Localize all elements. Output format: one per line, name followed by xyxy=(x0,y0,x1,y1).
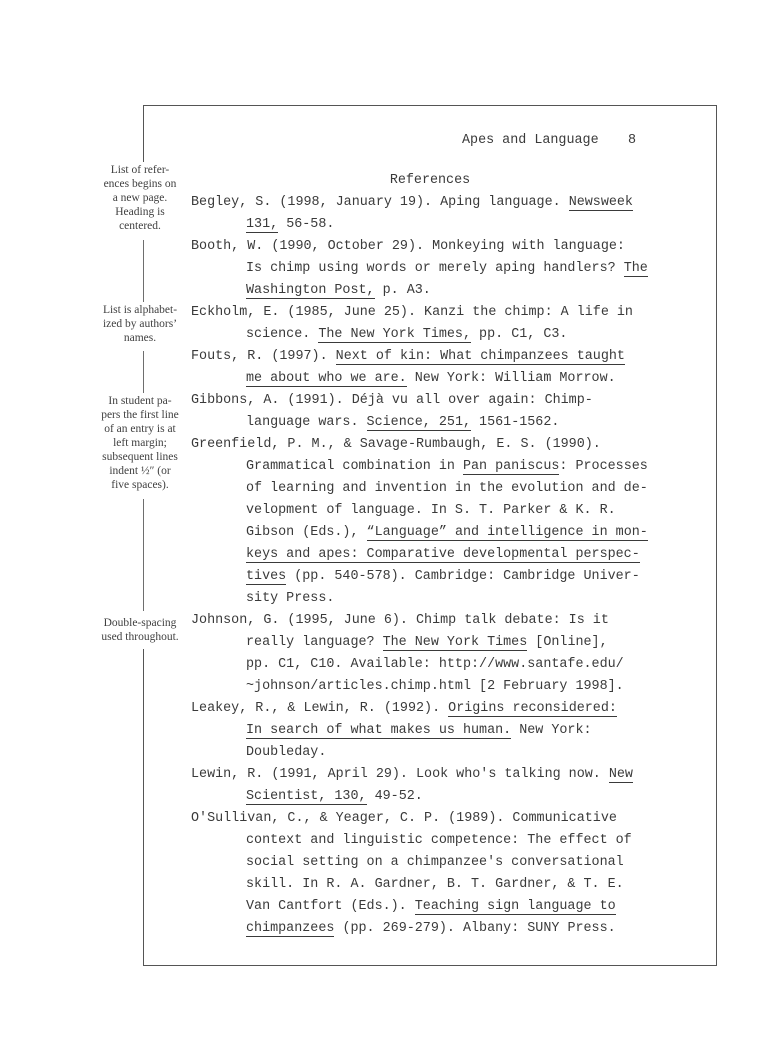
ref-text: Johnson, G. (1995, June 6). Chimp talk d… xyxy=(191,613,609,628)
ref-text: velopment of language. In S. T. Parker &… xyxy=(246,503,616,518)
ref-text-underlined: Origins reconsidered: xyxy=(448,701,617,717)
reference-line: keys and apes: Comparative developmental… xyxy=(191,544,661,566)
ref-text: Gibbons, A. (1991). Déjà vu all over aga… xyxy=(191,393,593,408)
reference-line: Booth, W. (1990, October 29). Monkeying … xyxy=(191,236,661,258)
reference-line: Johnson, G. (1995, June 6). Chimp talk d… xyxy=(191,610,661,632)
reference-line: Van Cantfort (Eds.). Teaching sign langu… xyxy=(191,896,661,918)
ref-text-underlined: The xyxy=(624,261,648,277)
reference-line: ~johnson/articles.chimp.html [2 February… xyxy=(191,676,661,698)
ref-text-underlined: keys and apes: Comparative developmental… xyxy=(246,547,640,563)
running-head: Apes and Language xyxy=(462,130,599,152)
ref-text: 1561-1562. xyxy=(471,415,559,430)
ref-text: Begley, S. (1998, January 19). Aping lan… xyxy=(191,195,569,210)
ref-text: (pp. 540-578). Cambridge: Cambridge Univ… xyxy=(286,569,640,584)
reference-line: Gibbons, A. (1991). Déjà vu all over aga… xyxy=(191,390,661,412)
margin-rule-segment xyxy=(143,240,144,302)
ref-text-underlined: 131, xyxy=(246,217,278,233)
reference-line: sity Press. xyxy=(191,588,661,610)
ref-text: Is chimp using words or merely aping han… xyxy=(246,261,624,276)
ref-text: Greenfield, P. M., & Savage-Rumbaugh, E.… xyxy=(191,437,601,452)
margin-rule-segment xyxy=(143,649,144,966)
ref-text-underlined: Next of kin: What chimpanzees taught xyxy=(336,349,625,365)
ref-text-underlined: New xyxy=(609,767,633,783)
reference-line: Grammatical combination in Pan paniscus:… xyxy=(191,456,661,478)
reference-line: Begley, S. (1998, January 19). Aping lan… xyxy=(191,192,661,214)
reference-line: science. The New York Times, pp. C1, C3. xyxy=(191,324,661,346)
ref-text: pp. C1, C10. Available: http://www.santa… xyxy=(246,657,624,672)
ref-text: language wars. xyxy=(246,415,367,430)
reference-line: skill. In R. A. Gardner, B. T. Gardner, … xyxy=(191,874,661,896)
ref-text-underlined: chimpanzees xyxy=(246,921,334,937)
reference-line: In search of what makes us human. New Yo… xyxy=(191,720,661,742)
ref-text-underlined: The New York Times, xyxy=(318,327,471,343)
ref-text-underlined: Pan paniscus xyxy=(463,459,559,475)
ref-text: New York: William Morrow. xyxy=(407,371,616,386)
reference-line: me about who we are. New York: William M… xyxy=(191,368,661,390)
ref-text: (pp. 269-279). Albany: SUNY Press. xyxy=(334,921,615,936)
ref-text-underlined: In search of what makes us human. xyxy=(246,723,511,739)
ref-text-underlined: The New York Times xyxy=(383,635,528,651)
reference-line: Lewin, R. (1991, April 29). Look who's t… xyxy=(191,764,661,786)
ref-text-underlined: Scientist, 130, xyxy=(246,789,367,805)
ref-text: sity Press. xyxy=(246,591,334,606)
ref-text-underlined: Science, 251, xyxy=(367,415,471,431)
reference-line: social setting on a chimpanzee's convers… xyxy=(191,852,661,874)
ref-text: 49-52. xyxy=(367,789,423,804)
ref-text-underlined: Teaching sign language to xyxy=(415,899,616,915)
reference-line: chimpanzees (pp. 269-279). Albany: SUNY … xyxy=(191,918,661,940)
page-number: 8 xyxy=(628,130,636,152)
ref-text: Gibson (Eds.), xyxy=(246,525,367,540)
reference-list: Begley, S. (1998, January 19). Aping lan… xyxy=(191,192,661,940)
ref-text: really language? xyxy=(246,635,383,650)
margin-rule-segment xyxy=(143,351,144,393)
ref-text: Eckholm, E. (1985, June 25). Kanzi the c… xyxy=(191,305,633,320)
reference-line: really language? The New York Times [Onl… xyxy=(191,632,661,654)
ref-text: New York: xyxy=(511,723,591,738)
reference-line: language wars. Science, 251, 1561-1562. xyxy=(191,412,661,434)
ref-text: p. A3. xyxy=(375,283,431,298)
ref-text-underlined: tives xyxy=(246,569,286,585)
reference-line: of learning and invention in the evoluti… xyxy=(191,478,661,500)
ref-text: Leakey, R., & Lewin, R. (1992). xyxy=(191,701,448,716)
reference-line: tives (pp. 540-578). Cambridge: Cambridg… xyxy=(191,566,661,588)
ref-text: Booth, W. (1990, October 29). Monkeying … xyxy=(191,239,625,254)
margin-rule-segment xyxy=(143,499,144,611)
reference-line: Gibson (Eds.), “Language” and intelligen… xyxy=(191,522,661,544)
reference-line: Eckholm, E. (1985, June 25). Kanzi the c… xyxy=(191,302,661,324)
reference-line: Scientist, 130, 49-52. xyxy=(191,786,661,808)
ref-text: science. xyxy=(246,327,318,342)
ref-text: Grammatical combination in xyxy=(246,459,463,474)
document-page: { "colors":{ "ink":"#3a3a3a", "annotatio… xyxy=(0,0,768,1052)
reference-line: pp. C1, C10. Available: http://www.santa… xyxy=(191,654,661,676)
reference-line: velopment of language. In S. T. Parker &… xyxy=(191,500,661,522)
ref-text: Doubleday. xyxy=(246,745,326,760)
ref-text: of learning and invention in the evoluti… xyxy=(246,481,648,496)
margin-rule-segment xyxy=(143,105,144,162)
ref-text-underlined: “Language” and intelligence in mon- xyxy=(367,525,648,541)
reference-line: 131, 56-58. xyxy=(191,214,661,236)
ref-text: Van Cantfort (Eds.). xyxy=(246,899,415,914)
reference-line: context and linguistic competence: The e… xyxy=(191,830,661,852)
ref-text: ~johnson/articles.chimp.html [2 February… xyxy=(246,679,624,694)
ref-text: [Online], xyxy=(527,635,607,650)
reference-line: O'Sullivan, C., & Yeager, C. P. (1989). … xyxy=(191,808,661,830)
reference-line: Greenfield, P. M., & Savage-Rumbaugh, E.… xyxy=(191,434,661,456)
reference-line: Doubleday. xyxy=(191,742,661,764)
ref-text: Lewin, R. (1991, April 29). Look who's t… xyxy=(191,767,609,782)
ref-text: context and linguistic competence: The e… xyxy=(246,833,632,848)
ref-text: : Processes xyxy=(559,459,647,474)
ref-text-underlined: Newsweek xyxy=(569,195,633,211)
reference-line: Leakey, R., & Lewin, R. (1992). Origins … xyxy=(191,698,661,720)
ref-text: pp. C1, C3. xyxy=(471,327,567,342)
reference-line: Is chimp using words or merely aping han… xyxy=(191,258,661,280)
reference-line: Fouts, R. (1997). Next of kin: What chim… xyxy=(191,346,661,368)
ref-text-underlined: Washington Post, xyxy=(246,283,375,299)
reference-line: Washington Post, p. A3. xyxy=(191,280,661,302)
ref-text: O'Sullivan, C., & Yeager, C. P. (1989). … xyxy=(191,811,617,826)
ref-text: social setting on a chimpanzee's convers… xyxy=(246,855,624,870)
ref-text: 56-58. xyxy=(278,217,334,232)
ref-text: Fouts, R. (1997). xyxy=(191,349,336,364)
ref-text: skill. In R. A. Gardner, B. T. Gardner, … xyxy=(246,877,624,892)
ref-text-underlined: me about who we are. xyxy=(246,371,407,387)
